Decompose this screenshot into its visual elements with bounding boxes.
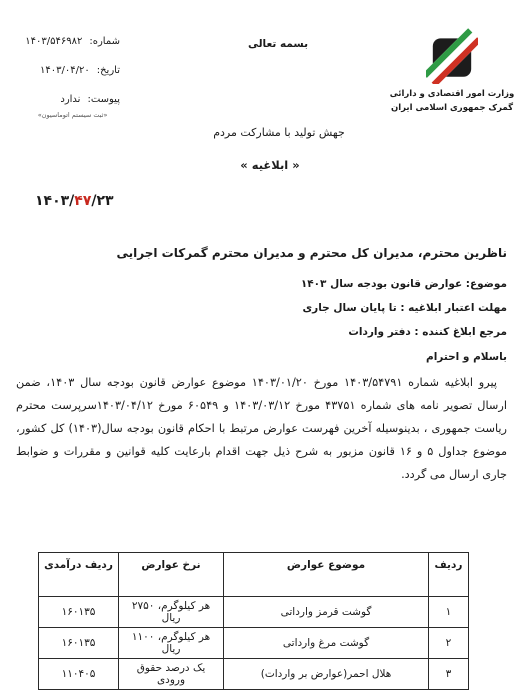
letter-attachment-value: ندارد bbox=[60, 94, 80, 105]
letter-date-line: تاریخ:۱۴۰۳/۰۴/۲۰ bbox=[25, 65, 120, 76]
table-cell: ۱ bbox=[429, 597, 469, 628]
salutation-line: باسلام و احترام bbox=[426, 351, 507, 363]
table-row: ۱ گوشت قرمز وارداتی هر کیلوگرم، ۲۷۵۰ ریا… bbox=[39, 597, 469, 628]
body-paragraph: پیرو ابلاغیه شماره ۱۴۰۳/۵۴۷۹۱ مورخ ۱۴۰۳/… bbox=[16, 371, 507, 486]
subject-line: موضوع: عوارض قانون بودجه سال ۱۴۰۳ bbox=[301, 278, 507, 290]
letter-attachment-label: پیوست: bbox=[87, 94, 120, 105]
letter-number-line: شماره:۱۴۰۳/۵۴۶۹۸۲ bbox=[25, 36, 120, 47]
official-letter-document: شماره:۱۴۰۳/۵۴۶۹۸۲ تاریخ:۱۴۰۳/۰۴/۲۰ پیوست… bbox=[0, 0, 520, 700]
table-cell: هلال احمر(عوارض بر واردات) bbox=[224, 659, 429, 690]
table-cell: هر کیلوگرم، ۲۷۵۰ ریال bbox=[119, 597, 224, 628]
addressee-line: ناظرین محترم، مدیران کل محترم و مدیران م… bbox=[117, 246, 508, 260]
issuer-line: مرجع ابلاغ کننده : دفتر واردات bbox=[348, 326, 507, 338]
validity-line: مهلت اعتبار ابلاغیه : تا پایان سال جاری bbox=[303, 302, 507, 314]
automation-note: «ثبت سیستم اتوماسیون» bbox=[25, 111, 120, 119]
table-cell: گوشت مرغ وارداتی bbox=[224, 628, 429, 659]
table-row: ۳ هلال احمر(عوارض بر واردات) یک درصد حقو… bbox=[39, 659, 469, 690]
table-cell: ۱۶۰۱۳۵ bbox=[39, 628, 119, 659]
doc-type-title: « ابلاغیه » bbox=[20, 158, 520, 172]
header-duty-subject: موضوع عوارض bbox=[224, 553, 429, 597]
letterhead-logo-block: وزارت امور اقتصادی و دارائی گمرک جمهوری … bbox=[387, 28, 517, 115]
letter-date-value: ۱۴۰۳/۰۴/۲۰ bbox=[40, 65, 90, 76]
bismillah-text: بسمه تعالی bbox=[238, 38, 318, 50]
ref-number: ۱۴۰۳/۴۷/۲۳ bbox=[35, 193, 114, 209]
header-row-number: ردیف bbox=[429, 553, 469, 597]
table-cell: ۲ bbox=[429, 628, 469, 659]
ref-number-suffix: /۲۳ bbox=[91, 193, 113, 209]
organization-names: وزارت امور اقتصادی و دارائی گمرک جمهوری … bbox=[390, 87, 515, 115]
table-cell: یک درصد حقوق ورودی bbox=[119, 659, 224, 690]
table-cell: هر کیلوگرم، ۱۱۰۰ ریال bbox=[119, 628, 224, 659]
header-duty-rate: نرخ عوارض bbox=[119, 553, 224, 597]
ref-number-highlight: ۴۷ bbox=[74, 193, 91, 209]
table-row: ۲ گوشت مرغ وارداتی هر کیلوگرم، ۱۱۰۰ ریال… bbox=[39, 628, 469, 659]
table-header-row: ردیف موضوع عوارض نرخ عوارض ردیف درآمدی bbox=[39, 553, 469, 597]
table-cell: ۳ bbox=[429, 659, 469, 690]
duties-table-wrapper: ردیف موضوع عوارض نرخ عوارض ردیف درآمدی ۱… bbox=[38, 552, 469, 690]
letter-attachment-line: پیوست:ندارد bbox=[25, 94, 120, 105]
year-slogan: جهش تولید با مشارکت مردم bbox=[38, 126, 520, 139]
table-cell: گوشت قرمز وارداتی bbox=[224, 597, 429, 628]
letterhead-meta-block: شماره:۱۴۰۳/۵۴۶۹۸۲ تاریخ:۱۴۰۳/۰۴/۲۰ پیوست… bbox=[25, 36, 120, 119]
table-cell: ۱۶۰۱۳۵ bbox=[39, 597, 119, 628]
ref-number-prefix: ۱۴۰۳/ bbox=[35, 193, 74, 209]
header-revenue-row: ردیف درآمدی bbox=[39, 553, 119, 597]
letter-number-value: ۱۴۰۳/۵۴۶۹۸۲ bbox=[25, 36, 82, 47]
duties-table: ردیف موضوع عوارض نرخ عوارض ردیف درآمدی ۱… bbox=[38, 552, 469, 690]
ministry-name: وزارت امور اقتصادی و دارائی bbox=[390, 87, 515, 101]
customs-name: گمرک جمهوری اسلامی ایران bbox=[390, 101, 515, 115]
letter-date-label: تاریخ: bbox=[97, 65, 120, 76]
letter-number-label: شماره: bbox=[89, 36, 120, 47]
table-cell: ۱۱۰۴۰۵ bbox=[39, 659, 119, 690]
customs-logo-icon bbox=[426, 28, 478, 84]
